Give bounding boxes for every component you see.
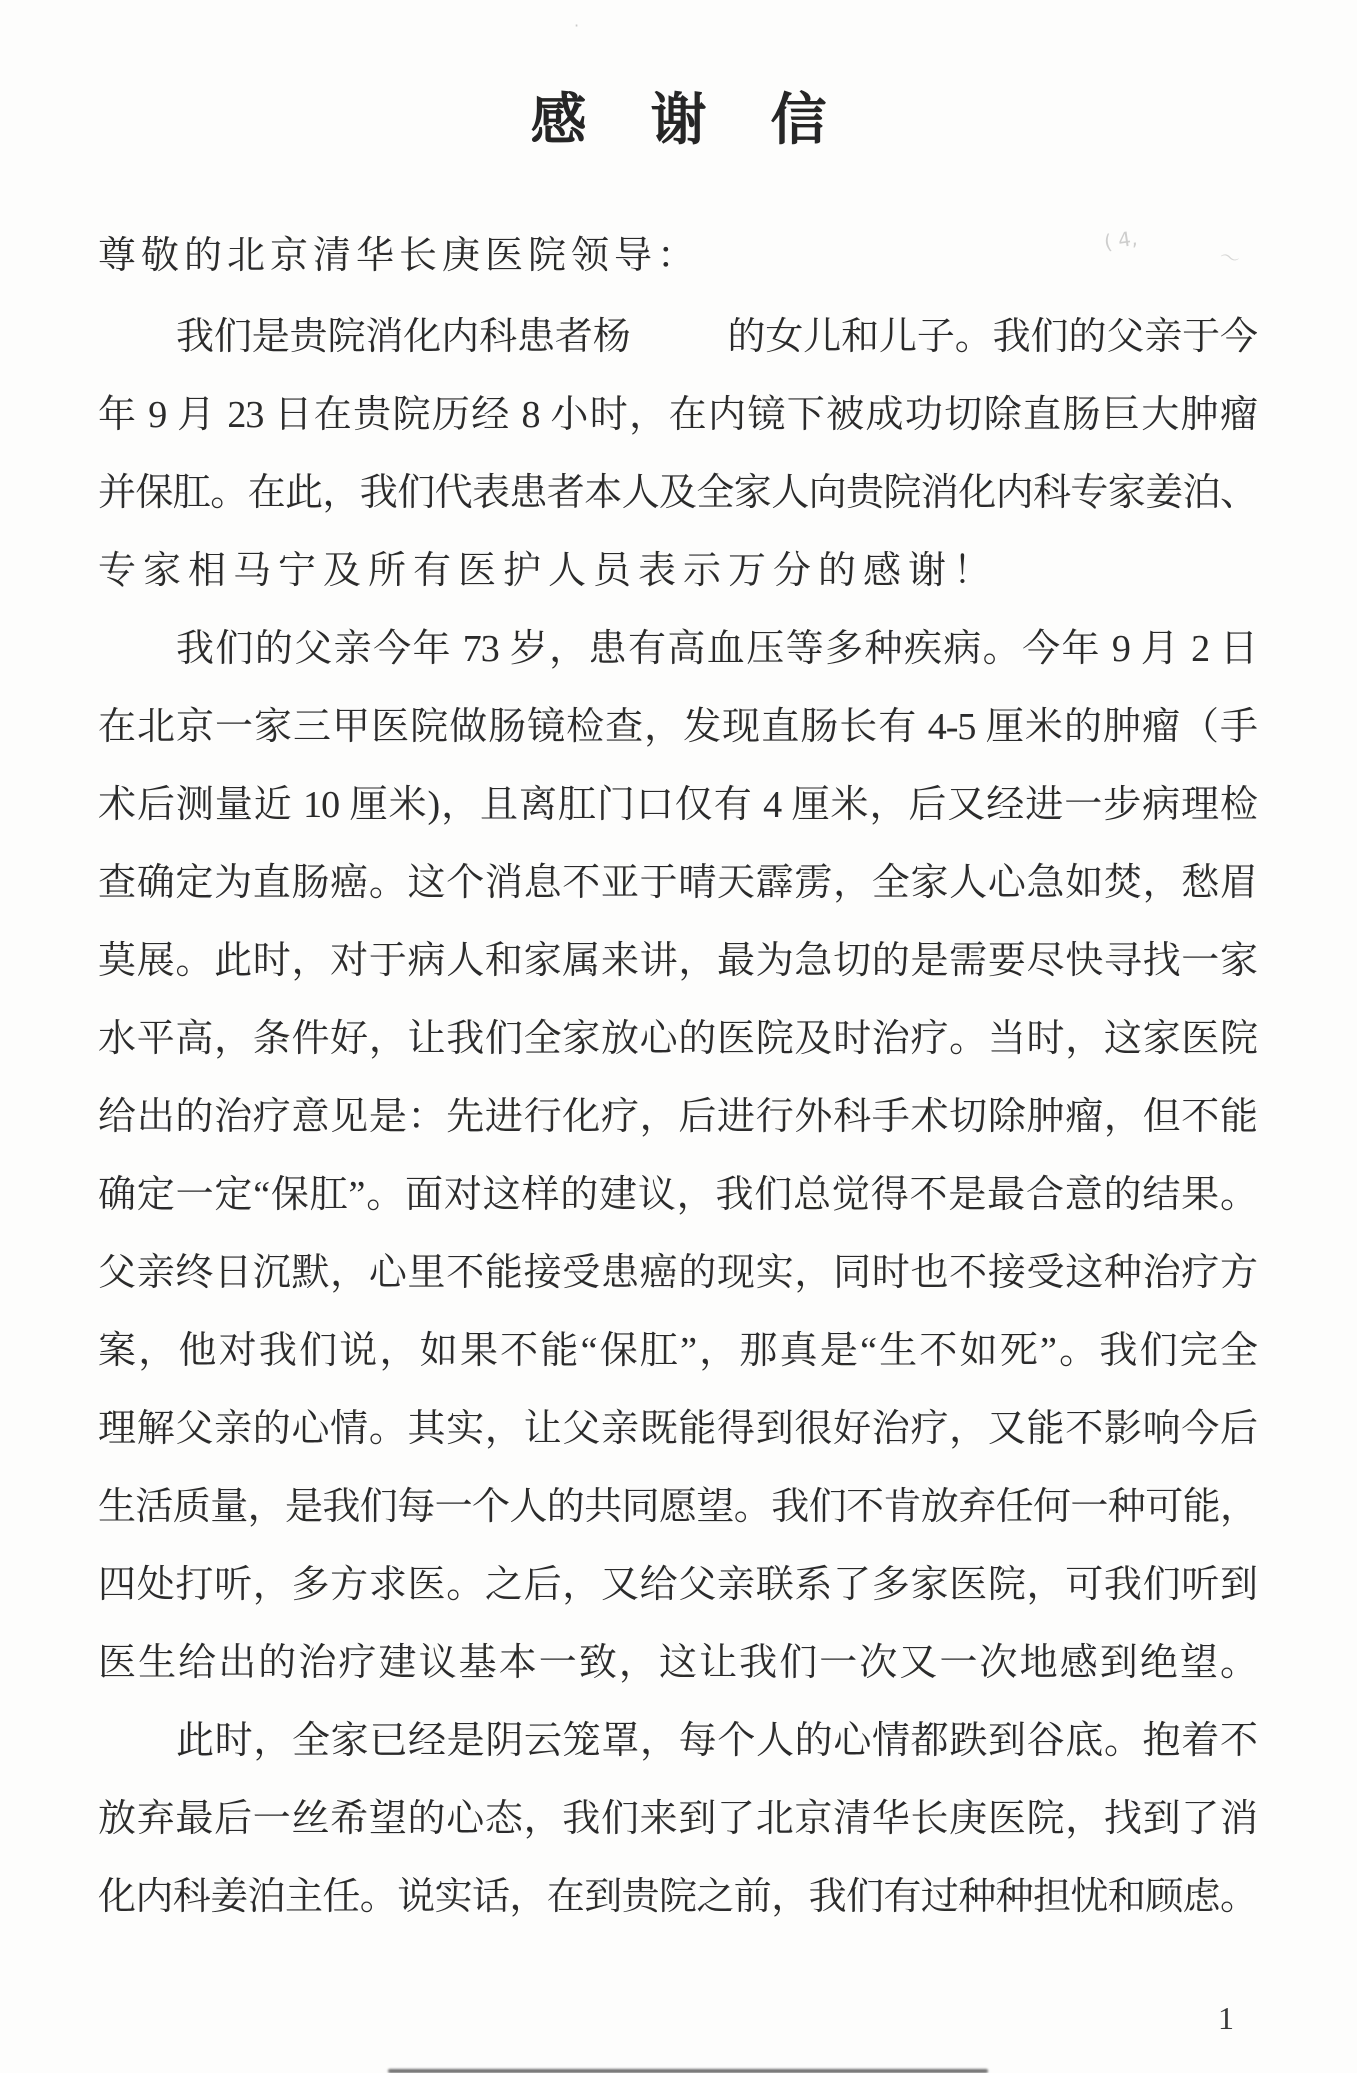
letter-line: 查确定为直肠癌。这个消息不亚于晴天霹雳，全家人心急如焚，愁眉 <box>98 844 1257 922</box>
scanned-letter-page: 感谢信 尊敬的北京清华长庚医院领导： 我们是贵院消化内科患者杨的女儿和儿子。我们… <box>0 0 1357 2073</box>
letter-line: 确定一定“保肛”。面对这样的建议，我们总觉得不是最合意的结果。 <box>98 1156 1257 1234</box>
letter-line: 此时，全家已经是阴云笼罩，每个人的心情都跌到谷底。抱着不 <box>98 1702 1257 1780</box>
line-text-before-redaction: 我们是贵院消化内科患者杨 <box>176 316 631 358</box>
letter-line: 莫展。此时，对于病人和家属来讲，最为急切的是需要尽快寻找一家 <box>98 922 1257 1000</box>
letter-line: 我们是贵院消化内科患者杨的女儿和儿子。我们的父亲于今 <box>98 298 1257 376</box>
letter-line: 在北京一家三甲医院做肠镜检查，发现直肠长有 4-5 厘米的肿瘤（手 <box>98 688 1257 766</box>
scan-speck: · <box>574 16 579 35</box>
letter-body: 尊敬的北京清华长庚医院领导： 我们是贵院消化内科患者杨的女儿和儿子。我们的父亲于… <box>98 217 1257 1936</box>
letter-line: 水平高，条件好，让我们全家放心的医院及时治疗。当时，这家医院 <box>98 1000 1257 1078</box>
letter-line: 医生给出的治疗建议基本一致，这让我们一次又一次地感到绝望。 <box>98 1624 1257 1702</box>
letter-title: 感谢信 <box>0 86 1357 156</box>
letter-line: 给出的治疗意见是：先进行化疗，后进行外科手术切除肿瘤，但不能 <box>98 1078 1257 1156</box>
scan-edge-shadow <box>388 2069 988 2073</box>
letter-line: 案，他对我们说，如果不能“保肛”，那真是“生不如死”。我们完全 <box>98 1312 1257 1390</box>
page-number: 1 <box>1218 2000 1234 2037</box>
line-text-after-redaction: 的女儿和儿子。我们的父亲于今 <box>727 316 1257 358</box>
letter-line: 四处打听，多方求医。之后，又给父亲联系了多家医院，可我们听到 <box>98 1546 1257 1624</box>
letter-line: 放弃最后一丝希望的心态，我们来到了北京清华长庚医院，找到了消 <box>98 1780 1257 1858</box>
scan-smudge: ( 4, <box>1102 226 1138 254</box>
letter-line: 生活质量，是我们每一个人的共同愿望。我们不肯放弃任何一种可能， <box>98 1468 1257 1546</box>
letter-line: 理解父亲的心情。其实，让父亲既能得到很好治疗，又能不影响今后 <box>98 1390 1257 1468</box>
salutation: 尊敬的北京清华长庚医院领导： <box>98 217 1257 295</box>
letter-line: 术后测量近 10 厘米)，且离肛门口仅有 4 厘米，后又经进一步病理检 <box>98 766 1257 844</box>
letter-line: 并保肛。在此，我们代表患者本人及全家人向贵院消化内科专家姜泊、 <box>98 454 1257 532</box>
letter-line: 化内科姜泊主任。说实话，在到贵院之前，我们有过种种担忧和顾虑。 <box>98 1858 1257 1936</box>
letter-line: 父亲终日沉默，心里不能接受患癌的现实，同时也不接受这种治疗方 <box>98 1234 1257 1312</box>
letter-line: 专家相马宁及所有医护人员表示万分的感谢！ <box>98 532 1257 610</box>
letter-line: 年 9 月 23 日在贵院历经 8 小时，在内镜下被成功切除直肠巨大肿瘤 <box>98 376 1257 454</box>
letter-line: 我们的父亲今年 73 岁，患有高血压等多种疾病。今年 9 月 2 日 <box>98 610 1257 688</box>
